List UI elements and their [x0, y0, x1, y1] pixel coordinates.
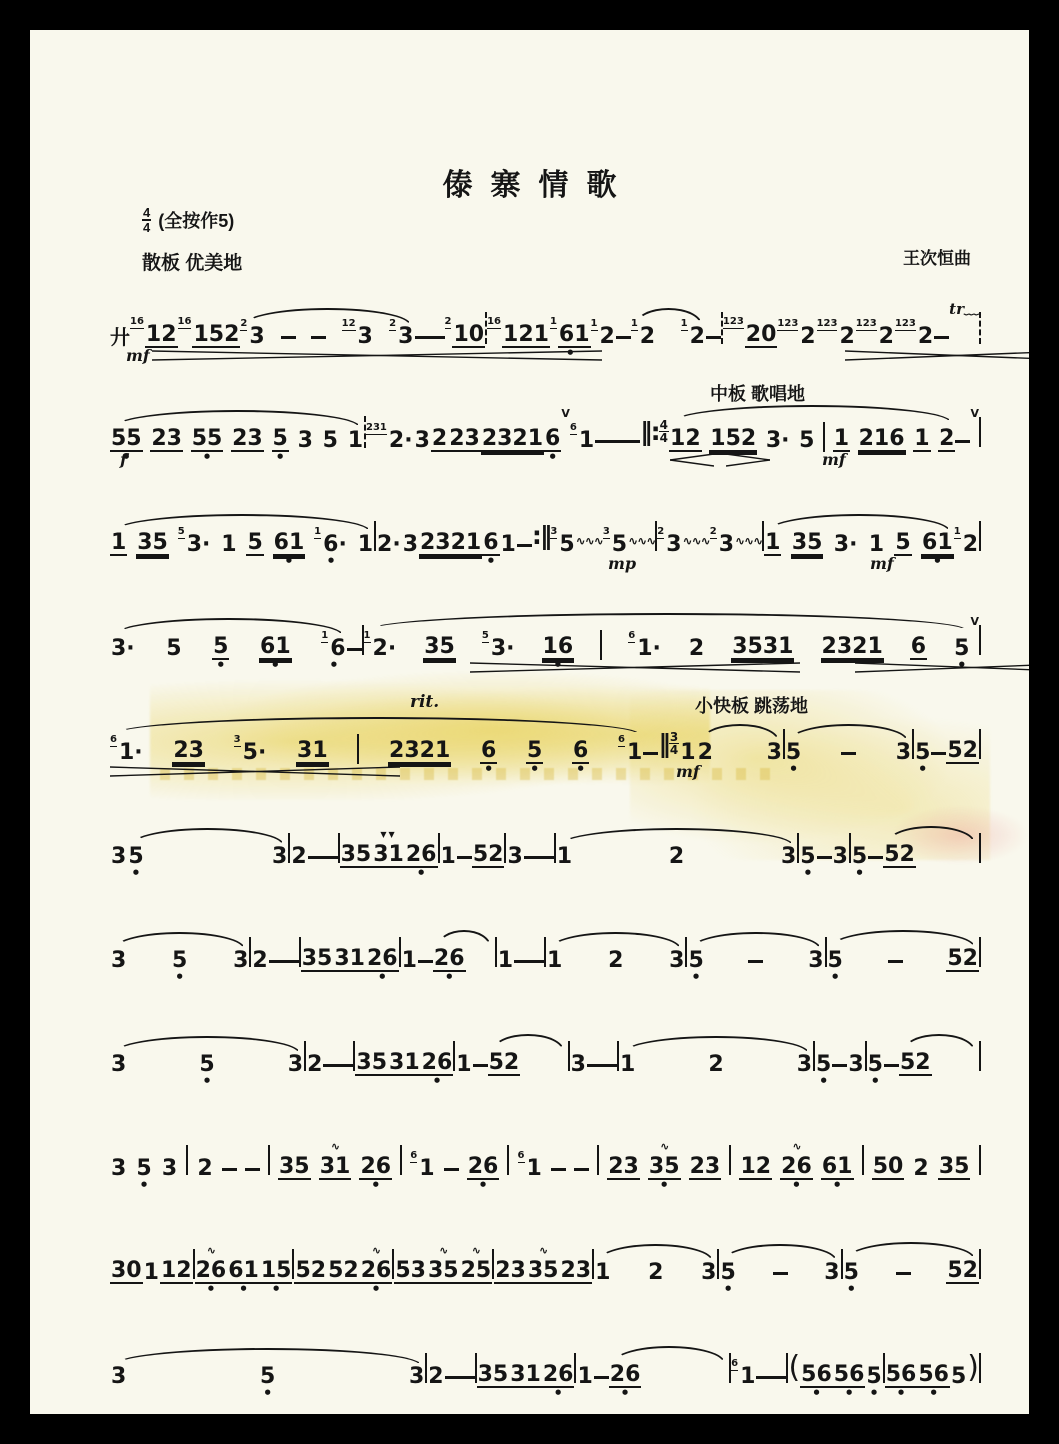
- note-digits: 1: [576, 1365, 593, 1388]
- note-digits: 35: [423, 635, 456, 660]
- note-digits: 2·: [388, 429, 414, 452]
- note-digits: 23: [150, 427, 183, 452]
- barline: [979, 625, 981, 655]
- barline: [979, 521, 981, 551]
- note-token: 5•: [171, 949, 188, 972]
- dash-note: [602, 1064, 617, 1067]
- slur-group: 121523·5121612: [669, 422, 955, 452]
- dash-note: [517, 544, 532, 547]
- note-digits: 23: [689, 1155, 722, 1180]
- note-digits: 3·: [833, 533, 859, 556]
- dash-note: [457, 856, 472, 859]
- note-digits: 23: [448, 427, 481, 452]
- note-token: 23: [231, 427, 264, 452]
- grace-notes: 1: [364, 631, 371, 643]
- barline: [729, 1145, 731, 1175]
- note-digits: 2: [697, 741, 714, 764]
- note-token: 5•: [953, 637, 970, 660]
- slur-group: 55•2355•235•351: [110, 427, 364, 452]
- barline: [979, 937, 981, 967]
- note-token: 2: [306, 1053, 323, 1076]
- note-token: 26•∿: [780, 1155, 813, 1180]
- note-digits: 3·: [765, 429, 791, 452]
- grace-notes: 5: [178, 527, 185, 539]
- grace-notes: 123: [856, 319, 877, 331]
- barline: [357, 734, 359, 764]
- note-token: 35: [791, 531, 824, 556]
- note-token: 23: [494, 1259, 527, 1284]
- note-token: 35: [550, 533, 575, 556]
- note-token: 23: [240, 325, 265, 348]
- vibrato-wave-icon: ∿∿∿: [683, 535, 710, 548]
- grace-notes: 1: [591, 319, 598, 331]
- note-digits: 1: [913, 427, 930, 452]
- note-digits: 31: [296, 739, 329, 764]
- note-token: 26•: [421, 1051, 454, 1076]
- note-token: 1: [357, 533, 374, 556]
- note-token: 1: [764, 531, 781, 556]
- grace-notes: 1: [550, 317, 557, 329]
- score-line-3: 13553·1561•16·•12·323216•1:‖35∿∿∿35∿∿∿23…: [110, 488, 981, 592]
- note-token: 2: [697, 741, 714, 764]
- note-token: 53·: [178, 533, 212, 556]
- note-digits: 5: [246, 531, 263, 556]
- note-digits: 3: [161, 1157, 178, 1180]
- note-token: 5: [246, 531, 263, 556]
- crossed-hairpin: [110, 765, 400, 779]
- note-token: 5•: [843, 1261, 860, 1284]
- note-digits: 52: [946, 947, 979, 972]
- note-digits: 1: [868, 533, 885, 556]
- note-token: 35•∿: [648, 1155, 681, 1180]
- note-token: 3: [110, 949, 127, 972]
- grace-notes: 6: [731, 1359, 738, 1371]
- note-digits: 5·: [242, 741, 268, 764]
- note-digits: 1: [739, 1365, 756, 1388]
- grace-notes: 123: [777, 319, 798, 331]
- note-digits: 1: [594, 1261, 611, 1284]
- score-line-9: 35•323531∿26•6126•612335•∿231226•∿61•502…: [110, 1112, 981, 1216]
- note-token: 3: [895, 741, 912, 764]
- note-token: 35∿: [527, 1259, 560, 1284]
- note-token: 12: [954, 533, 979, 556]
- note-digits: 52: [883, 843, 916, 868]
- grace-notes: 1: [321, 631, 328, 643]
- dynamics-row: [110, 1178, 981, 1200]
- slur-group: 1212: [631, 325, 706, 348]
- note-token: 6: [910, 635, 927, 660]
- note-token: 1: [868, 533, 885, 556]
- dynamics-row: mpmf: [110, 554, 981, 576]
- grace-notes: 3: [550, 527, 557, 539]
- note-token: 3: [287, 1053, 304, 1076]
- note-digits: 1: [679, 741, 696, 764]
- dash-note: [524, 856, 539, 859]
- note-token: 3: [847, 1053, 864, 1076]
- score-line-6: 35•323531▼▼26•15231235•35•52: [110, 800, 981, 904]
- dash-note: [281, 336, 296, 339]
- note-digits: 5: [322, 429, 339, 452]
- note-token: 3: [823, 1261, 840, 1284]
- slur-group: 1353·1561•: [764, 531, 954, 556]
- dash-note: [539, 856, 554, 859]
- note-digits: 3: [506, 845, 523, 868]
- note-digits: 2: [688, 637, 705, 660]
- note-token: 3·: [833, 533, 859, 556]
- note-token: 61·: [628, 637, 662, 660]
- note-digits: 2321: [481, 427, 544, 452]
- note-digits: 3·: [186, 533, 212, 556]
- slur-group: 5•3: [127, 845, 288, 868]
- note-digits: 52: [946, 739, 979, 764]
- note-digits: 2321: [821, 635, 884, 660]
- score-line-8: 35•32353126•15231235•35•52: [110, 1008, 981, 1112]
- note-token: 5•: [815, 1053, 832, 1076]
- grace-notes: 2: [389, 319, 396, 331]
- note-token: 3: [110, 845, 127, 868]
- note-digits: 2: [647, 1261, 664, 1284]
- note-token: 15•: [260, 1259, 293, 1284]
- note-token: 6•: [544, 427, 561, 452]
- notes-row: 55•2355•235•3512312·322323216•V61‖:44121…: [110, 412, 981, 452]
- accent-icons: ▼▼: [380, 831, 396, 839]
- key-signature: 4 4 (全按作5): [142, 206, 234, 234]
- note-digits: 2: [668, 845, 685, 868]
- dash-note: [888, 960, 903, 963]
- note-token: 3: [232, 949, 249, 972]
- grace-notes: 16: [487, 317, 501, 329]
- note-token: 56•: [833, 1363, 866, 1388]
- note-digits: 1: [626, 741, 643, 764]
- slur-group: 52: [488, 1051, 568, 1076]
- note-token: 61: [410, 1157, 435, 1180]
- note-digits: 3: [397, 325, 414, 348]
- dash-note: [643, 752, 658, 755]
- dash-note: [841, 752, 856, 755]
- note-token: 5•: [799, 845, 816, 868]
- note-token: 31: [333, 947, 366, 972]
- grace-notes: 123: [817, 319, 838, 331]
- slur-group: 26•: [609, 1363, 729, 1388]
- ts-bottom: 4: [660, 432, 668, 444]
- note-digits: 3: [110, 1365, 127, 1388]
- repeat-end: :‖: [532, 523, 551, 549]
- note-digits: 3: [357, 325, 374, 348]
- grace-notes: 1: [681, 319, 688, 331]
- note-token: 5•: [127, 845, 144, 868]
- note-digits: 10: [452, 323, 485, 348]
- note-token: 23: [657, 533, 682, 556]
- note-digits: 1: [440, 845, 457, 868]
- note-token: 2321: [419, 531, 482, 556]
- dash-note: [931, 752, 946, 755]
- tempo-section-label: 中板 歌唱地: [710, 380, 805, 406]
- note-digits: 31: [319, 1155, 352, 1180]
- note-token: 216: [858, 427, 906, 452]
- note-token: 5•: [719, 1261, 736, 1284]
- barline: [507, 1145, 509, 1175]
- note-token: 5•: [212, 635, 229, 660]
- note-digits: 23: [494, 1259, 527, 1284]
- dash-note: [473, 1064, 488, 1067]
- note-digits: 25: [460, 1259, 493, 1284]
- dash-note: [222, 1168, 237, 1171]
- slur-group: 123: [594, 1261, 717, 1284]
- note-digits: 3: [847, 1053, 864, 1076]
- note-token: 5•: [785, 741, 802, 764]
- note-token: 61•: [821, 1155, 854, 1180]
- note-token: 5: [950, 1365, 967, 1388]
- note-digits: 3: [297, 429, 314, 452]
- note-digits: 1: [220, 533, 237, 556]
- dash-note: [896, 1272, 911, 1275]
- note-digits: 52: [327, 1259, 360, 1284]
- note-digits: 35: [136, 531, 169, 556]
- barline: [979, 1353, 981, 1383]
- note-token: 1: [619, 1053, 636, 1076]
- grace-notes: 123: [895, 319, 916, 331]
- mordent-icon: ∿: [439, 1245, 447, 1256]
- grace-notes: 2: [710, 527, 717, 539]
- note-digits: 35: [477, 1363, 510, 1388]
- mordent-icon: ∿: [792, 1141, 800, 1152]
- slur-group: 3·55•61•16•: [110, 635, 347, 660]
- slur-group: 35•3: [110, 949, 249, 972]
- note-digits: 5: [798, 429, 815, 452]
- note-token: 52: [946, 1259, 979, 1284]
- vibrato-wave-icon: ∿∿∿: [735, 535, 762, 548]
- note-digits: 3: [271, 845, 288, 868]
- note-token: 2: [290, 845, 307, 868]
- barline: [979, 1041, 981, 1071]
- note-digits: 3: [668, 949, 685, 972]
- dash-note: [832, 1064, 847, 1067]
- grace-notes: 6: [570, 423, 577, 435]
- note-digits: 5: [558, 533, 575, 556]
- note-token: 2: [251, 949, 268, 972]
- dash-note: [245, 1168, 260, 1171]
- note-token: 61•: [259, 635, 292, 660]
- note-digits: 35: [938, 1155, 971, 1180]
- note-digits: 1: [764, 531, 781, 556]
- note-digits: 152: [192, 323, 240, 348]
- note-digits: 52: [946, 1259, 979, 1284]
- dash-note: [868, 856, 883, 859]
- dash-note: [323, 1064, 338, 1067]
- note-token: 56•: [917, 1363, 950, 1388]
- note-digits: 3: [402, 533, 419, 556]
- note-digits: 3·: [490, 637, 516, 660]
- dynamic-marking: mf: [126, 346, 150, 365]
- note-digits: 2321: [388, 739, 451, 764]
- slur-group: 23: [697, 741, 783, 764]
- slur-group: 5•3: [687, 949, 824, 972]
- dash-note: [514, 960, 529, 963]
- note-token: 123: [342, 325, 374, 348]
- note-token: 3: [570, 1053, 587, 1076]
- dash-note: [934, 336, 949, 339]
- grace-notes: 2: [240, 319, 247, 331]
- note-token: 1: [594, 1261, 611, 1284]
- slur-group: 13553·1561•16·•1: [110, 531, 374, 556]
- note-digits: 3: [700, 1261, 717, 1284]
- note-digits: 35: [278, 1155, 311, 1180]
- note-token: 3: [161, 1157, 178, 1180]
- grace-notes: 123: [723, 317, 744, 329]
- barline: [268, 1145, 270, 1175]
- score-line-1: 廾161216152231232321016121161•12121212320…: [110, 280, 981, 384]
- note-token: 1: [455, 1053, 472, 1076]
- note-token: 26•: [467, 1155, 500, 1180]
- note-token: 61: [518, 1157, 543, 1180]
- note-token: 61•: [273, 531, 306, 556]
- note-token: 1: [401, 949, 418, 972]
- dash-note: [430, 336, 445, 339]
- note-digits: 2: [838, 325, 855, 348]
- note-digits: 1: [546, 949, 563, 972]
- note-digits: 5: [950, 1365, 967, 1388]
- dash-note: [284, 960, 299, 963]
- note-token: 52: [883, 843, 916, 868]
- dynamics-row: [110, 1074, 981, 1096]
- grace-notes: 3: [603, 527, 610, 539]
- note-token: 2312·: [366, 429, 414, 452]
- grace-notes: 6: [618, 735, 625, 747]
- breath-mark-icon: V: [561, 408, 570, 420]
- note-digits: 1: [833, 427, 850, 452]
- slur-group: 26•: [433, 947, 495, 972]
- note-token: 12: [631, 325, 656, 348]
- note-digits: 52: [472, 843, 505, 868]
- note-digits: 31: [388, 1051, 421, 1076]
- note-token: 5•: [198, 1053, 215, 1076]
- note-token: 5•: [851, 845, 868, 868]
- breath-mark-icon: V: [970, 616, 979, 628]
- mordent-icon: ∿: [660, 1141, 668, 1152]
- note-token: 5•: [827, 949, 844, 972]
- barline: [400, 1145, 402, 1175]
- dynamics-row: [110, 1386, 981, 1408]
- dash-note: [529, 960, 544, 963]
- close-paren: ): [967, 1352, 979, 1384]
- tempo-section-label: 小快板 跳荡地: [695, 692, 808, 718]
- note-digits: 1: [556, 845, 573, 868]
- note-token: 23: [559, 1259, 592, 1284]
- note-digits: 31: [372, 843, 405, 868]
- note-token: 1: [556, 845, 573, 868]
- notes-row: 3·55•61•16•12·3553·16•61·23531232165•V: [110, 620, 981, 660]
- note-token: 3·: [765, 429, 791, 452]
- dash-note: [773, 1272, 788, 1275]
- note-digits: 3: [895, 741, 912, 764]
- fingering-note: (全按作5): [158, 207, 234, 233]
- note-digits: 2·: [376, 533, 402, 556]
- grace-notes: 6: [518, 1151, 525, 1163]
- note-token: 12: [669, 427, 702, 452]
- note-token: 2: [647, 1261, 664, 1284]
- note-digits: 1: [143, 1261, 160, 1284]
- slur-group: 35•3: [110, 1365, 425, 1388]
- note-digits: 3: [110, 1053, 127, 1076]
- note-token: 5•: [867, 1053, 884, 1076]
- note-token: 25∿: [460, 1259, 493, 1284]
- note-digits: 3: [718, 533, 735, 556]
- note-digits: 152: [709, 427, 757, 452]
- note-token: 2: [707, 1053, 724, 1076]
- note-token: 1: [576, 1365, 593, 1388]
- note-digits: 1: [110, 531, 127, 556]
- note-digits: 2: [878, 325, 895, 348]
- note-token: 23: [689, 1155, 722, 1180]
- time-signature: 34: [669, 731, 679, 756]
- grace-notes: 16: [130, 317, 144, 329]
- slur-group: 123: [556, 845, 798, 868]
- note-token: 61•: [921, 531, 954, 556]
- note-digits: 3: [796, 1053, 813, 1076]
- note-digits: 2: [912, 1157, 929, 1180]
- note-digits: 3·: [110, 637, 136, 660]
- slur-group: 5•52: [843, 1259, 979, 1284]
- dash-note: [817, 856, 832, 859]
- note-digits: 52: [899, 1051, 932, 1076]
- dash-note: [338, 1064, 353, 1067]
- note-token: 3: [766, 741, 783, 764]
- barline: [823, 422, 825, 452]
- note-token: 2: [427, 1365, 444, 1388]
- note-token: 12: [739, 1155, 772, 1180]
- note-token: 23: [172, 739, 205, 764]
- barline: [979, 1145, 981, 1175]
- note-digits: 1: [500, 533, 517, 556]
- note-digits: 23: [559, 1259, 592, 1284]
- dash-note: [347, 648, 362, 651]
- note-token: 30: [110, 1259, 143, 1284]
- note-token: 2: [938, 427, 955, 452]
- note-token: 3: [271, 845, 288, 868]
- tempo-marking: 散板 优美地: [142, 248, 242, 275]
- barline: [979, 1249, 981, 1279]
- note-token: 1: [833, 427, 850, 452]
- ts-top: 4: [659, 419, 669, 432]
- note-digits: 2321: [419, 531, 482, 556]
- note-digits: 35: [355, 1051, 388, 1076]
- note-digits: 23: [172, 739, 205, 764]
- note-token: 26•: [359, 1155, 392, 1180]
- crossed-hairpin: [470, 661, 800, 675]
- note-token: 5•: [526, 739, 543, 764]
- grace-notes: 1: [954, 527, 961, 539]
- note-token: 1232: [817, 325, 856, 348]
- score-line-4: 3·55•61•16•12·3553·16•61·23531232165•V: [110, 592, 981, 696]
- note-token: 210: [445, 323, 486, 348]
- note-digits: 35: [301, 947, 334, 972]
- note-digits: 3: [832, 845, 849, 868]
- dash-note: [587, 1064, 602, 1067]
- grace-notes: 6: [628, 631, 635, 643]
- note-token: 26•∿: [195, 1259, 228, 1284]
- note-token: 2321: [821, 635, 884, 660]
- slur-group: 5•3: [719, 1261, 840, 1284]
- note-token: 35: [603, 533, 628, 556]
- note-token: 5: [165, 637, 182, 660]
- dash-note: [311, 336, 326, 339]
- note-digits: 1·: [118, 741, 144, 764]
- note-token: 1: [913, 427, 930, 452]
- note-token: 5•: [687, 949, 704, 972]
- note-token: 1232: [777, 325, 816, 348]
- mordent-icon: ∿: [331, 1141, 339, 1152]
- mordent-icon: ∿: [207, 1245, 215, 1256]
